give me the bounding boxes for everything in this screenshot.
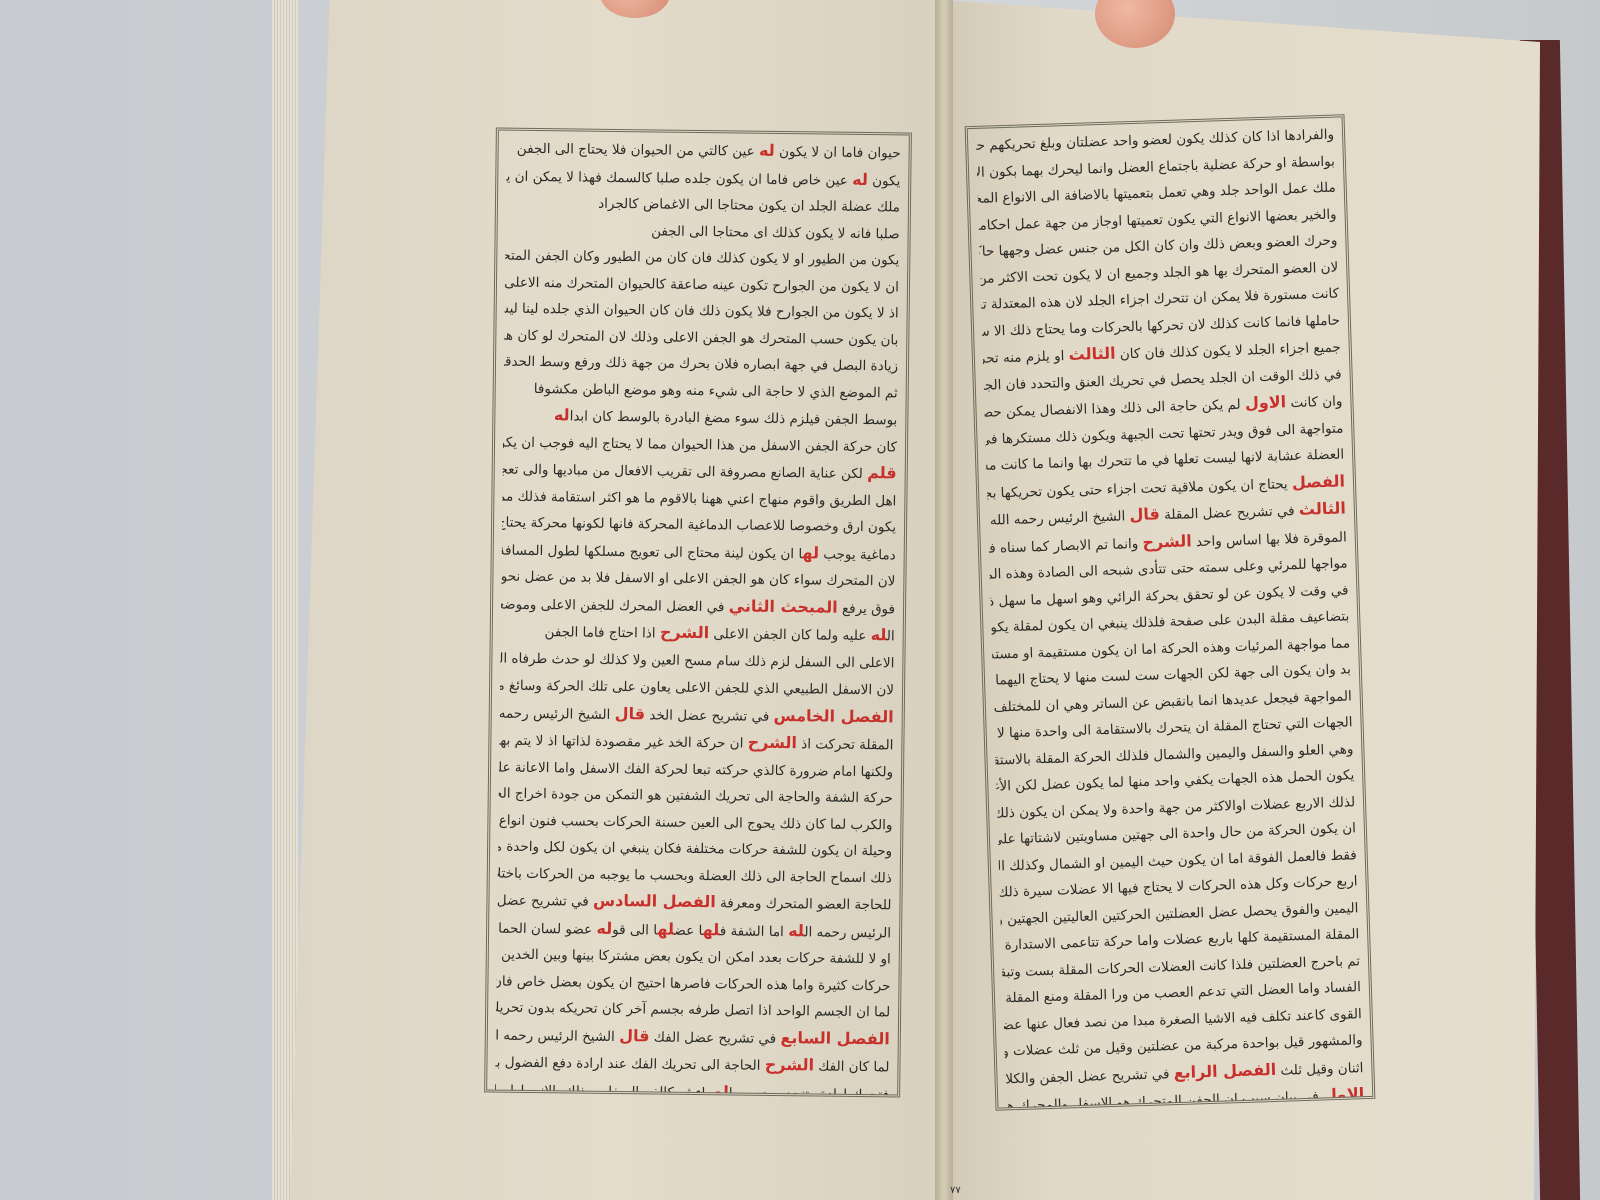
manuscript-line: لما كان الفك الشرح الحاجة الى تحريك الفك… — [495, 1049, 889, 1081]
manuscript-line: لان الاسفل الطبيعي الذي للجفن الاعلى يعا… — [500, 672, 894, 704]
manuscript-line: قلم لكن عناية الصانع مصروفة الى تقريب ال… — [503, 456, 897, 488]
rubric-heading: الشرح — [765, 1055, 814, 1075]
manuscript-line: حيوان فاما ان لا يكون له عين كالتي من ال… — [506, 135, 900, 167]
book-gutter — [935, 0, 953, 1200]
rubric-heading: الفصل — [1292, 471, 1346, 492]
manuscript-line: لما ان الجسم الواحد اذا اتصل طرفه بجسم آ… — [496, 995, 890, 1026]
rubric-heading: الفصل — [1223, 1059, 1277, 1080]
manuscript-line: او لا للشفة حركات بعدد امكن ان يكون بعض … — [497, 942, 891, 973]
manuscript-line: للحاجة العضو المتحرك ومعرفة الفصل السادس… — [497, 887, 891, 919]
left-text-block: حيوان فاما ان لا يكون له عين كالتي من ال… — [484, 127, 912, 1097]
manuscript-line: بوسط الجفن فيلزم ذلك سوء مضغ البادرة بال… — [503, 402, 897, 434]
rubric-heading: له — [802, 543, 819, 562]
manuscript-line: الله عليه ولما كان الجفن الاعلى الشرح اذ… — [501, 618, 895, 650]
manuscript-line: وحيلة ان يكون للشفة حركات مختلفة فكان ين… — [498, 834, 892, 865]
manuscript-line: يكون من الطيور او لا يكون كذلك فان كان م… — [505, 243, 899, 274]
rubric-heading: المبحث الثاني — [729, 596, 838, 616]
rubric-heading: الفصل السادس — [593, 891, 716, 911]
rubric-heading: له — [712, 1082, 729, 1098]
rubric-heading: قال — [1129, 504, 1160, 524]
rubric-heading: الشرح — [1142, 531, 1192, 552]
rubric-heading: قلم — [867, 463, 897, 482]
rubric-heading: الثالث — [1068, 344, 1116, 364]
page-edges — [272, 0, 298, 1200]
manuscript-line: حركة الشفة والحاجة الى تحريك الشفتين هو … — [499, 781, 893, 812]
right-text-block: والفرادها اذا كان كذلك يكون لعضو واحد عض… — [965, 114, 1376, 1110]
rubric-heading: الفصل الرابع — [1173, 1059, 1276, 1081]
manuscript-line: اذ لا يكون من الجوارح فلا يكون ذلك فان ك… — [505, 296, 899, 327]
folio-number: ٧٧ — [950, 1185, 961, 1196]
rubric-heading: الاول — [1245, 392, 1287, 412]
rubric-heading: قال — [615, 703, 646, 722]
manuscript-line: يكون ارق وخصوصا للاعصاب الدماغية المحركة… — [502, 510, 896, 541]
rubric-heading: الثالث — [1299, 498, 1347, 518]
manuscript-line: زيادة البصل في جهة ابصاره فلان بحرك من ج… — [504, 349, 898, 380]
manuscript-line: لان المتحرك سواء كان هو الجفن الاعلى او … — [501, 564, 895, 595]
rubric-heading: له — [788, 921, 804, 940]
rubric-heading: الشرح — [748, 733, 797, 753]
rubric-heading: له — [554, 405, 570, 424]
rubric-heading: له — [759, 141, 775, 160]
rubric-heading: الفصل الخامس — [773, 705, 893, 725]
rubric-heading: له — [852, 169, 868, 188]
rubric-heading: قال — [619, 1026, 650, 1045]
manuscript-line: يكون له عين خاص فاما ان يكون جلده صلبا ك… — [506, 162, 900, 194]
rubric-heading: الشرح — [660, 623, 709, 643]
rubric-heading: له — [703, 920, 720, 939]
rubric-heading: له — [596, 918, 612, 937]
rubric-heading: الفصل السابع — [780, 1028, 890, 1048]
rubric-heading: له — [657, 919, 674, 938]
rubric-heading: له — [871, 625, 887, 644]
manuscript-line: المقلة تحركت اذ الشرح ان حركة الخد غير م… — [499, 727, 893, 759]
